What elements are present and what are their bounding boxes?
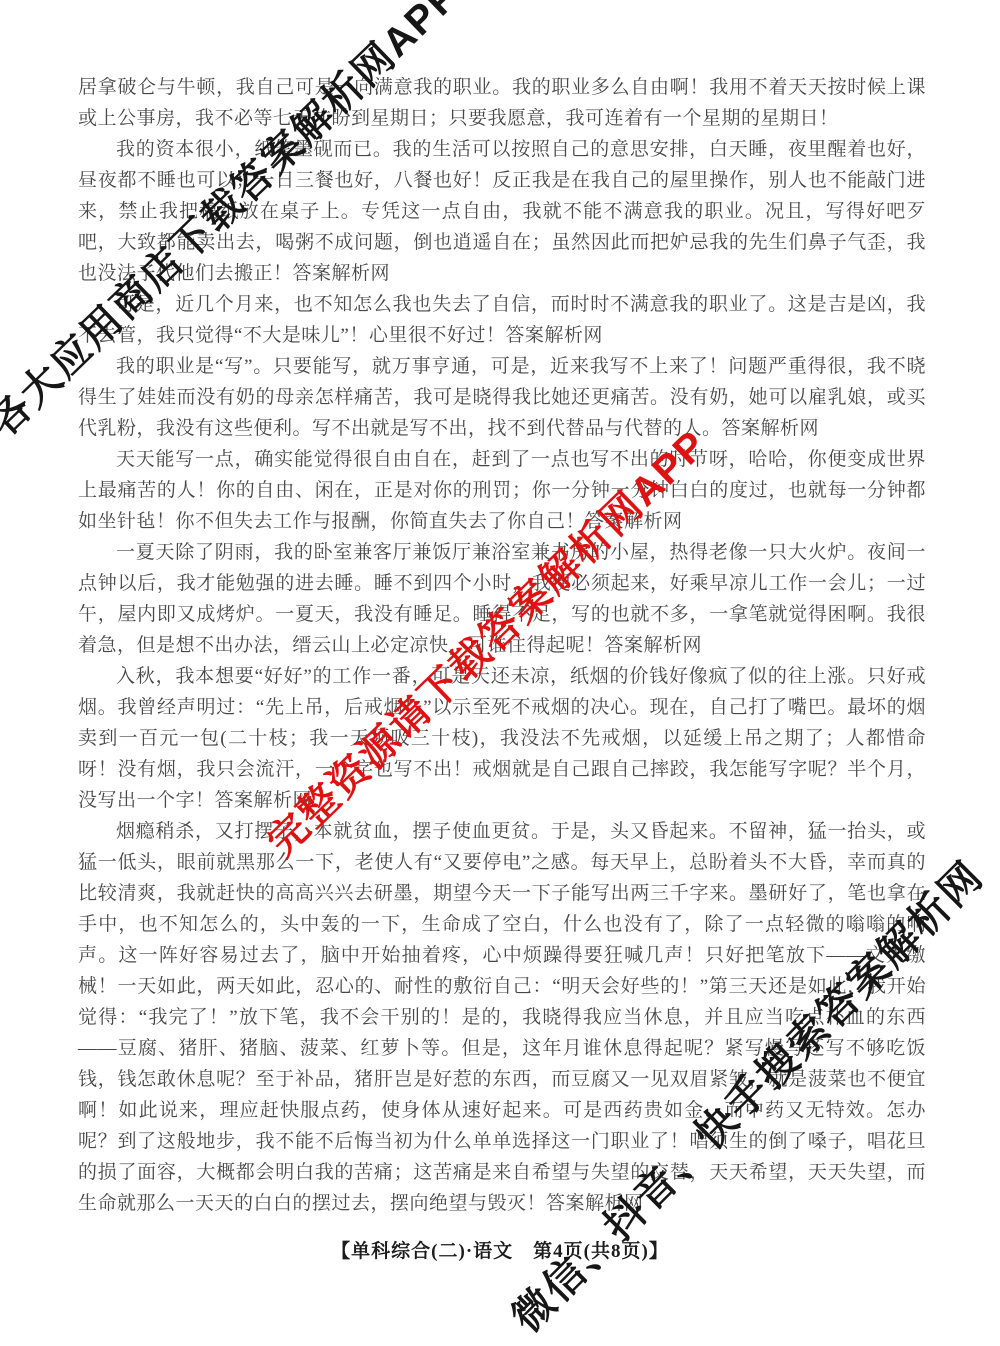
paragraph: 入秋，我本想要“好好”的工作一番，可是天还未凉，纸烟的价钱好像疯了似的往上涨。只… (78, 661, 926, 816)
exam-page: 居拿破仑与牛顿，我自己可是一向满意我的职业。我的职业多么自由啊！我用不着天天按时… (0, 0, 1000, 1346)
footer-text: 【单科综合(二)·语文 第4页(共8页)】 (331, 1241, 669, 1262)
paragraph: 烟瘾稍杀，又打摆子，本就贫血，摆子使血更贫。于是，头又昏起来。不留神，猛一抬头，… (78, 816, 926, 1219)
paragraph: 我的资本很小，纸笔墨砚而已。我的生活可以按照自己的意思安排，白天睡，夜里醒着也好… (78, 134, 926, 289)
paragraph: 居拿破仑与牛顿，我自己可是一向满意我的职业。我的职业多么自由啊！我用不着天天按时… (78, 72, 926, 134)
paragraph: 可是，近几个月来，也不知怎么我也失去了自信，而时时不满意我的职业了。这是吉是凶，… (78, 289, 926, 351)
page-footer: 【单科综合(二)·语文 第4页(共8页)】 (0, 1236, 1000, 1263)
essay-body: 居拿破仑与牛顿，我自己可是一向满意我的职业。我的职业多么自由啊！我用不着天天按时… (78, 72, 926, 1219)
paragraph: 我的职业是“写”。只要能写，就万事亨通，可是，近来我写不上来了！问题严重得很，我… (78, 351, 926, 444)
paragraph: 天天能写一点，确实能觉得很自由自在，赶到了一点也写不出的时节呀，哈哈，你便变成世… (78, 444, 926, 537)
paragraph: 一夏天除了阴雨，我的卧室兼客厅兼饭厅兼浴室兼书房的小屋，热得老像一只大火炉。夜间… (78, 537, 926, 661)
